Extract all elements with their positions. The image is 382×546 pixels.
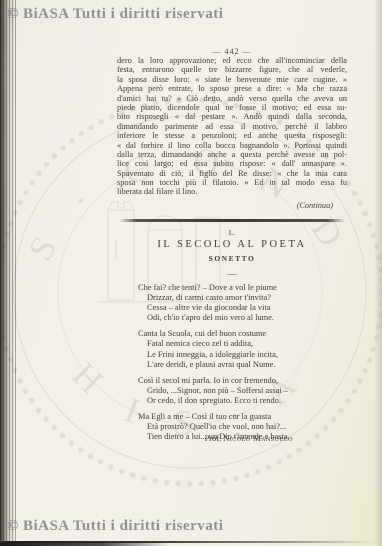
verse-line: Le Frini inneggia, a idoleggiarle incita… [138,350,358,360]
stanza-1: Che fai? che tenti? – Dove a vol le pium… [138,283,358,323]
prose-line: d'amici hai tu? » Ciò detto, andò verso … [117,94,347,103]
verse-line: Odi, ch'io t'apro del mio vero al lume. [138,313,358,323]
verse-line: Così il secol mi parla. Io in cor fremen… [138,376,358,386]
signature-prefix: Prof. [205,434,222,443]
verse-line: Che fai? che tenti? – Dove a vol le pium… [138,283,358,293]
scanned-page: S · C O N D H I S · A — 442 — dero la lo… [0,0,382,546]
copyright-watermark-bottom: © BiASA Tutti i diritti riservati [7,518,223,535]
prose-line: lice così largo; ed essa subito rispose:… [117,159,347,168]
prose-line: festa, entrarono quelle tre bizzarre fig… [117,65,347,74]
prose-line: bito risposegli « dal pestare ». Andò qu… [117,112,347,121]
sonnet-body: Che fai? che tenti? – Dove a vol le pium… [138,283,358,448]
verse-line: Età prostrò? Quell'io che vuol, non hai?… [138,422,358,432]
verse-line: Ma Egli a me – Così il tuo cor la guasta [138,412,358,422]
stanza-3: Così il secol mi parla. Io in cor fremen… [138,376,358,406]
prose-line: « dal forbire il lino colla bocca bagnan… [117,141,347,150]
page-content: — 442 — dero la loro approvazione; ed ec… [0,0,382,546]
section-divider-rule [119,219,345,222]
verse-line: Drizzar, di carmi casto amor t'invita? [138,293,358,303]
prose-paragraph: dero la loro approvazione; ed ecco che a… [117,56,347,197]
verse-line: Cessa – altre vie da giocondar la vita [138,303,358,313]
author-signature: Prof. Nicolò Mansueco [117,434,293,443]
prose-line: Spaventato di ciò, il figlio del Re diss… [117,169,347,178]
poem-small-dash: — [117,269,347,279]
poem-roman-numeral: L. [117,228,347,237]
prose-line: dimandando parimente ad essa il motivo, … [117,122,347,131]
copyright-watermark-top: © BiASA Tutti i diritti riservati [7,6,223,23]
scan-bottom-corner [0,542,170,546]
prose-line: inferiore le stesse a penzoloni; ed anch… [117,131,347,140]
page-number: — 442 — [117,47,347,56]
poem-title: IL SECOLO AL POETA [117,239,347,250]
prose-line: la sposa disse loro: « siate le benvenut… [117,75,347,84]
prose-line: dalla terza, dimandando anche a questa p… [117,150,347,159]
signature-name: Nicolò Mansueco [223,434,293,443]
continua-note: (Continua) [117,201,333,210]
verse-line: L'are deridi, e plausi avrai qual Nume. [138,360,358,370]
prose-line: Appena però entrate, lo sposo prese a di… [117,84,347,93]
prose-line: piede piatto, dicendole qual ne fosse il… [117,103,347,112]
stanza-2: Canta la Scuola, cui del buon costume Fa… [138,329,358,369]
prose-line: sposa non tocchi più il filatoio. » Ed i… [117,178,347,187]
verse-line: Or cedo, il don spregiato. Ecco ti rendo… [138,396,358,406]
prose-line: dero la loro approvazione; ed ecco che a… [117,56,347,65]
verse-line: Canta la Scuola, cui del buon costume [138,329,358,339]
verse-line: Grido, ...Signor, non più – Soffersi ass… [138,386,358,396]
prose-line: liberata dal filare il lino. [117,187,347,196]
verse-line: Fatal nemica cieco zel ti addita, [138,339,358,349]
poem-subtitle: SONETTO [117,254,347,263]
